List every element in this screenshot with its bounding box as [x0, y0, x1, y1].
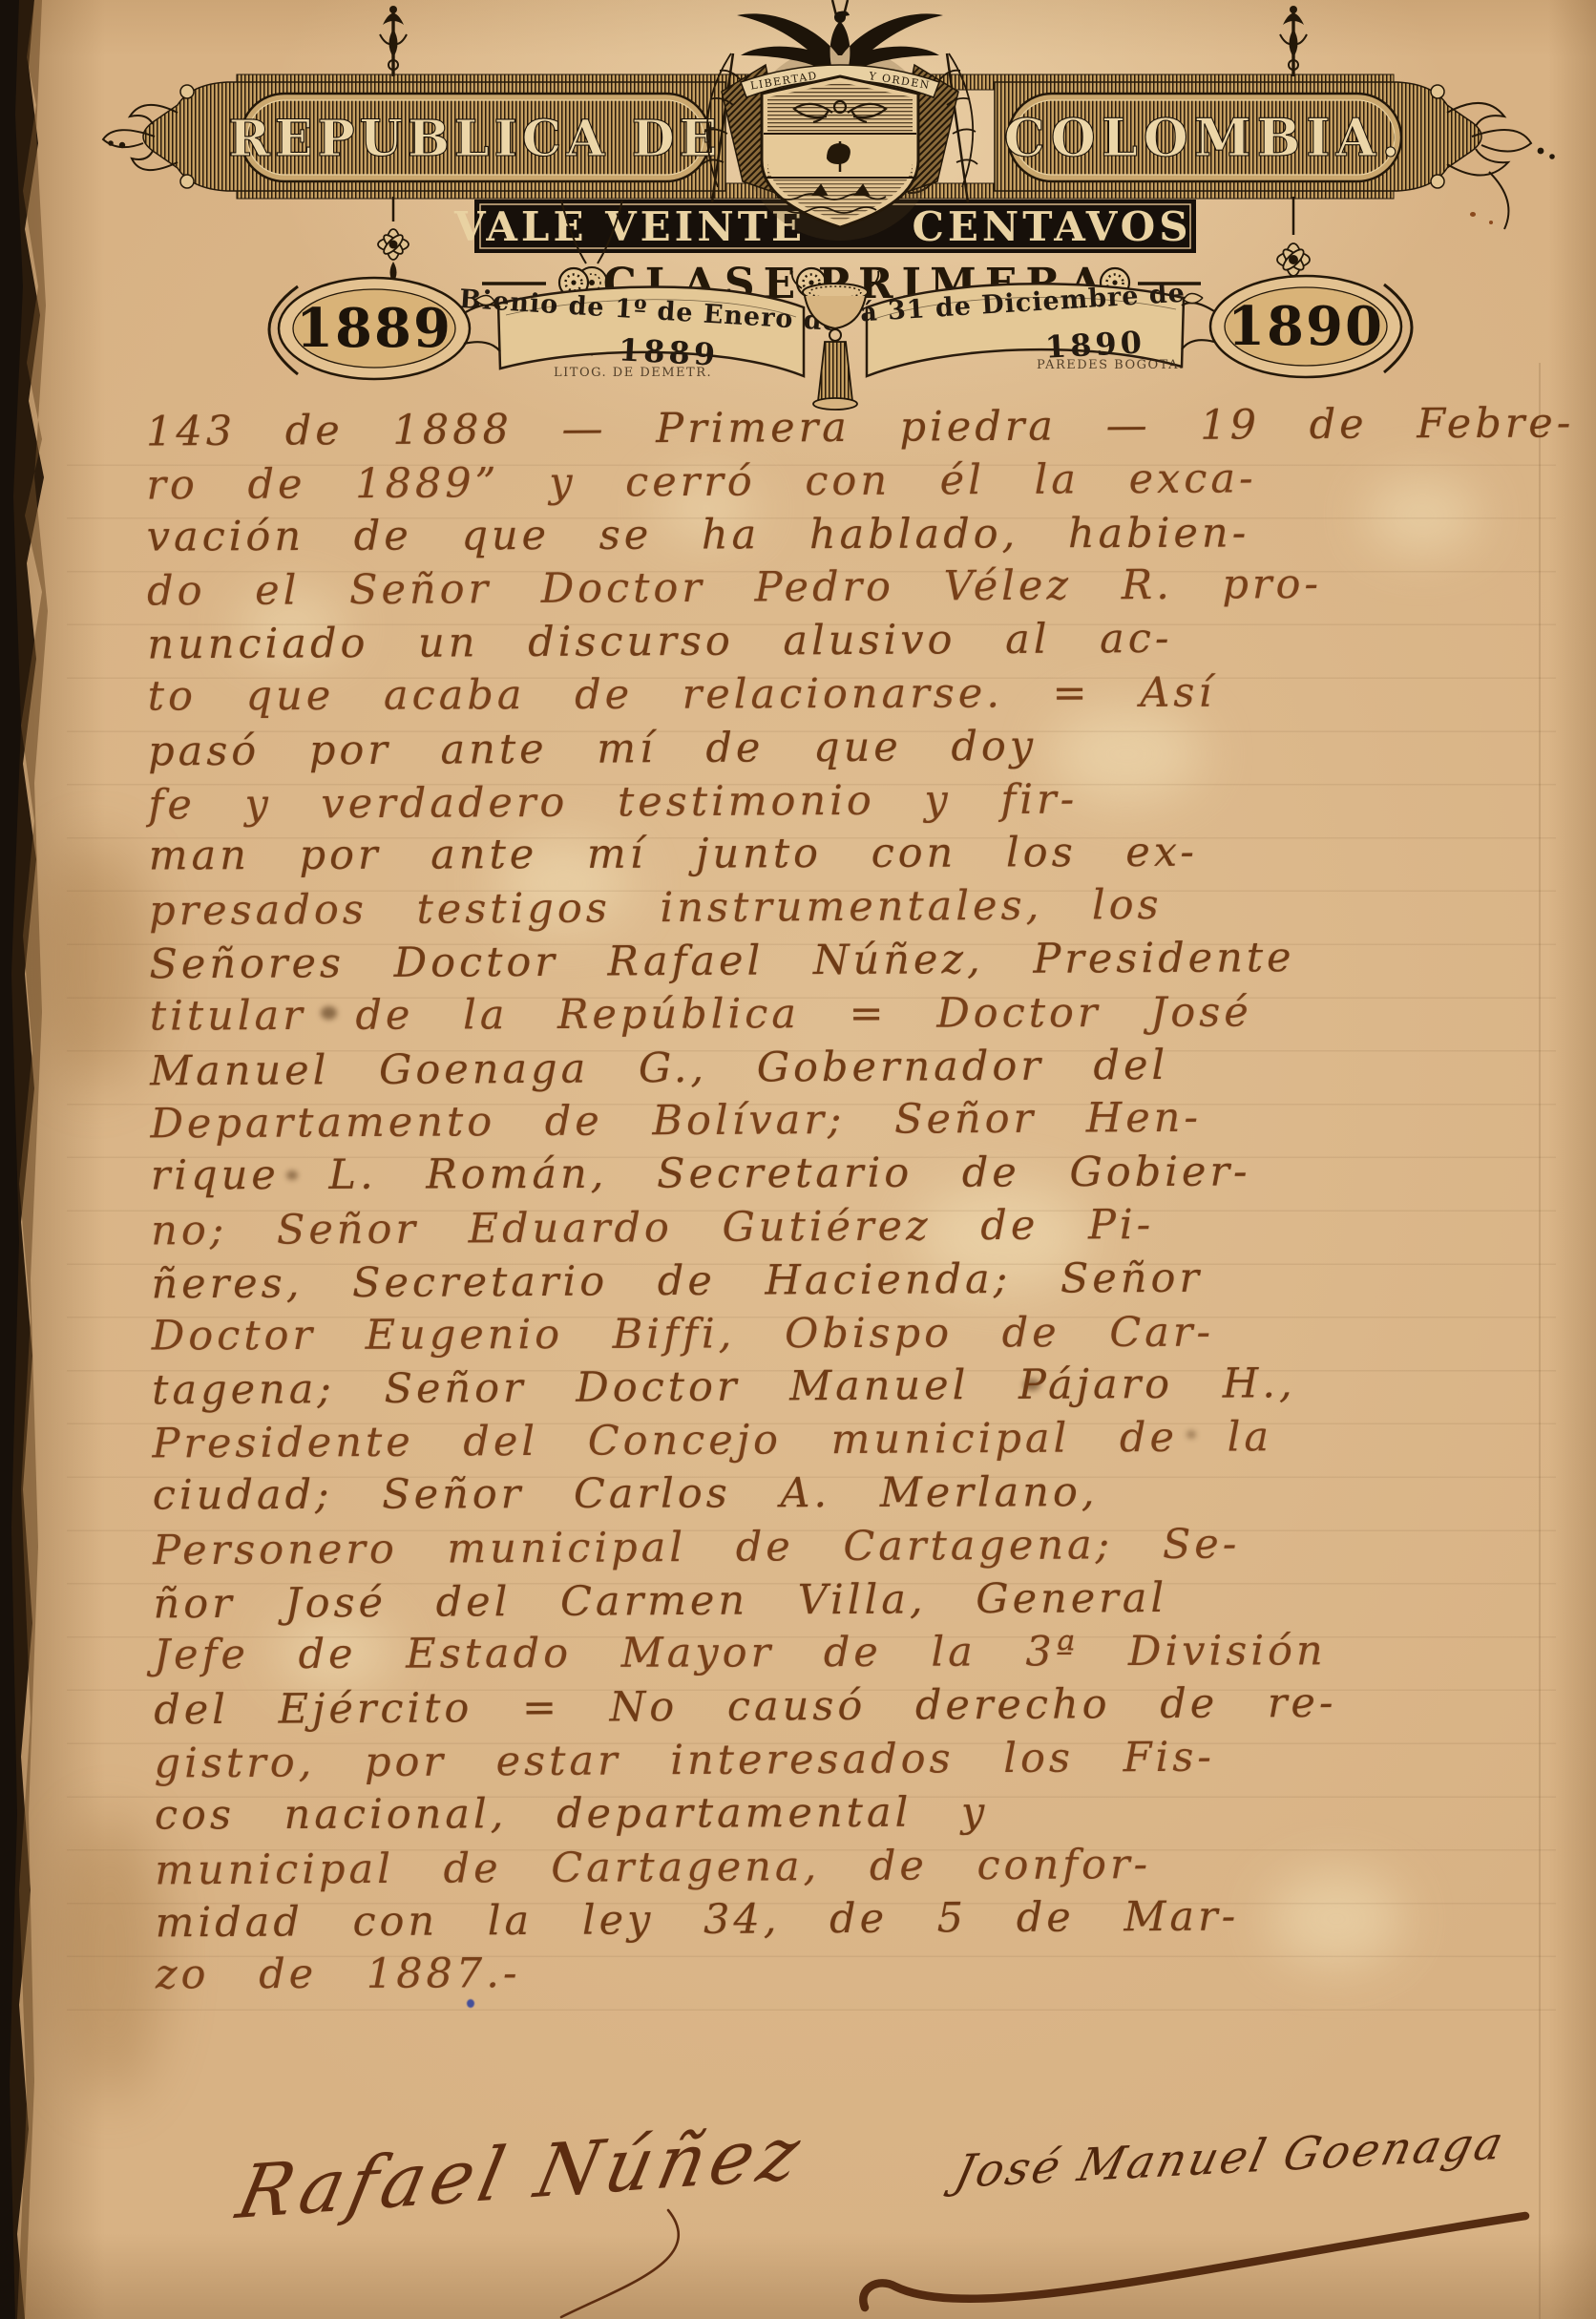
- manuscript-line: titular de la República = Doctor José: [150, 985, 1534, 1044]
- manuscript-line: municipal de Cartagena, de confor-: [155, 1836, 1539, 1898]
- manuscript-line: midad con la ley 34, de 5 de Mar-: [155, 1889, 1539, 1951]
- manuscript-line: ro de 1889” y cerró con él la exca-: [146, 451, 1530, 513]
- finial-icon: [380, 6, 407, 76]
- imprint-left: LITOG. DE DEMETR.: [554, 366, 712, 380]
- manuscript-line: no; Señor Eduardo Gutiérez de Pi-: [151, 1197, 1535, 1259]
- svg-text:Rafael Núñez: Rafael Núñez: [228, 2111, 812, 2236]
- manuscript-line: 143 de 1888 — Primera piedra — 19 de Feb…: [146, 398, 1530, 460]
- manuscript-line: tagena; Señor Doctor Manuel Pájaro H.,: [152, 1357, 1536, 1419]
- value-text-right: CENTAVOS: [912, 203, 1191, 250]
- document-scan: REPUBLICA DE COLOMBIA.: [0, 0, 1596, 2319]
- manuscript-line: ciudad; Señor Carlos A. Merlano,: [153, 1465, 1537, 1523]
- republic-title-left: REPUBLICA DE: [229, 110, 723, 168]
- banner-left: REPUBLICA DE: [103, 82, 725, 191]
- manuscript-line: rique L. Román, Secretario de Gobier-: [151, 1146, 1535, 1204]
- finial-icon: [1280, 6, 1307, 76]
- signature-goenaga: José Manuel Goenaga: [939, 2117, 1514, 2199]
- manuscript-line: to que acaba de relacionarse. = Así: [148, 665, 1532, 724]
- manuscript-line: ñor José del Carmen Villa, General: [153, 1570, 1537, 1632]
- biennium-ribbon: Bienio de 1º de Enero de 1889 á 31 de Di…: [458, 271, 1186, 410]
- letterhead-engraving: REPUBLICA DE COLOMBIA.: [0, 0, 1596, 449]
- year-badge-right: 1890: [1228, 295, 1384, 358]
- goblet-ornament-icon: [792, 271, 879, 410]
- manuscript-line: ñeres, Secretario de Hacienda; Señor: [151, 1250, 1535, 1312]
- year-badge-left: 1889: [296, 297, 452, 360]
- manuscript-body: 143 de 1888 — Primera piedra — 19 de Feb…: [146, 398, 1540, 2005]
- manuscript-line: Doctor Eugenio Biffi, Obispo de Car-: [152, 1305, 1536, 1363]
- manuscript-line: zo de 1887.-: [156, 1945, 1540, 2003]
- year-oval-right: 1890: [1182, 276, 1412, 377]
- manuscript-line: presados testigos instrumentales, los: [149, 877, 1533, 939]
- value-text-left: VALE VEINTE: [453, 203, 806, 250]
- manuscript-line: Personero municipal de Cartagena; Se-: [153, 1516, 1537, 1578]
- ink-dot: [666, 2170, 671, 2175]
- republic-title-right: COLOMBIA.: [1004, 107, 1405, 168]
- manuscript-line: cos nacional, departamental y: [155, 1784, 1539, 1843]
- manuscript-line: del Ejército = No causó derecho de re-: [154, 1676, 1538, 1739]
- manuscript-line: Presidente del Concejo municipal de la: [152, 1410, 1536, 1472]
- manuscript-line: gistro, por estar interesados los Fis-: [154, 1729, 1538, 1791]
- manuscript-line: fe y verdadero testimonio y fir-: [148, 770, 1532, 833]
- manuscript-line: do el Señor Doctor Pedro Vélez R. pro-: [147, 558, 1531, 620]
- manuscript-line: pasó por ante mí de que doy: [148, 717, 1532, 779]
- manuscript-line: Señores Doctor Rafael Núñez, Presidente: [149, 931, 1533, 993]
- signature-block: Rafael Núñez José Manuel Goenaga: [0, 2105, 1596, 2319]
- signature-rafael-nunez: Rafael Núñez: [222, 2111, 818, 2236]
- manuscript-line: Jefe de Estado Mayor de la 3ª División: [154, 1625, 1538, 1683]
- pendant-rosette-icon: [378, 197, 409, 283]
- svg-text:José Manuel Goenaga: José Manuel Goenaga: [941, 2117, 1510, 2199]
- signature-tail-flourish: [561, 2210, 679, 2317]
- page-crease: [1539, 363, 1541, 2319]
- manuscript-line: Manuel Goenaga G., Gobernador del: [150, 1037, 1534, 1099]
- imprint-right: PAREDES BOGOTA.: [1037, 358, 1185, 372]
- signature-underline-swash: [863, 2216, 1525, 2308]
- manuscript-line: vación de que se ha hablado, habien-: [147, 506, 1531, 564]
- manuscript-line: Departamento de Bolívar; Señor Hen-: [150, 1090, 1534, 1152]
- manuscript-line: man por ante mí junto con los ex-: [149, 826, 1533, 884]
- manuscript-line: nunciado un discurso alusivo al ac-: [147, 611, 1531, 673]
